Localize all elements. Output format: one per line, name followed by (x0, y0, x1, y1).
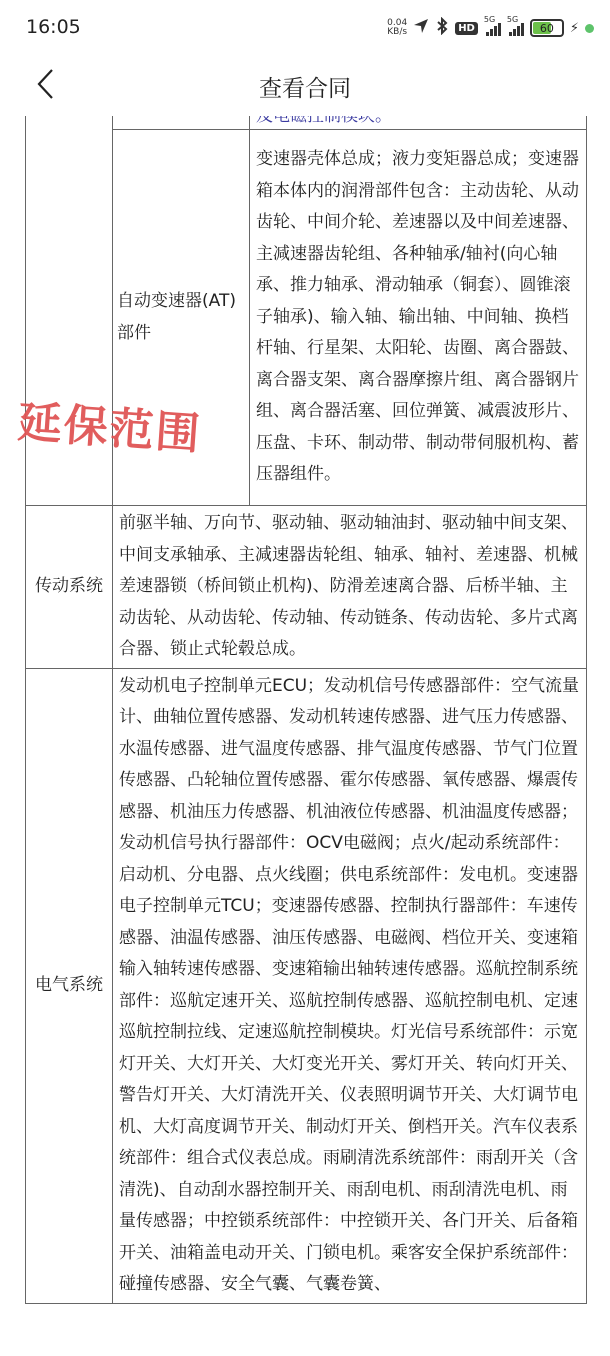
status-bar: 16:05 0.04 KB/s HD 5G 5G 60 ⚡ (0, 0, 610, 56)
table-row: 传动系统 前驱半轴、万向节、驱动轴、驱动轴油封、驱动轴中间支架、中间支承轴承、主… (26, 506, 587, 669)
page-title: 查看合同 (0, 70, 610, 103)
table-row: 及电磁控制模块。 (26, 116, 587, 130)
status-icons: 0.04 KB/s HD 5G 5G 60 ⚡ (387, 14, 594, 42)
nav-bar: 查看合同 (0, 56, 610, 116)
charging-icon: ⚡ (570, 21, 579, 36)
active-dot-icon (585, 24, 594, 33)
contract-viewer[interactable]: 及电磁控制模块。 自动变速器(AT)部件 变速器壳体总成；液力变矩器总成；变速器… (0, 116, 610, 1356)
description-cell: 发动机电子控制单元ECU；发动机信号传感器部件：空气流量计、曲轴位置传感器、发动… (113, 668, 587, 1303)
category-cell (26, 116, 113, 506)
bluetooth-icon (435, 17, 449, 39)
description-cell: 及电磁控制模块。 (250, 116, 587, 130)
subcategory-cell: 自动变速器(AT)部件 (113, 130, 250, 506)
coverage-table: 及电磁控制模块。 自动变速器(AT)部件 变速器壳体总成；液力变矩器总成；变速器… (25, 116, 587, 1304)
signal-5g-icon: 5G (507, 20, 524, 36)
category-cell: 电气系统 (26, 668, 113, 1303)
battery-level: 60 (540, 22, 554, 35)
battery-icon: 60 (530, 19, 564, 37)
table-row: 电气系统 发动机电子控制单元ECU；发动机信号传感器部件：空气流量计、曲轴位置传… (26, 668, 587, 1303)
subcategory-cell (113, 116, 250, 130)
network-speed: 0.04 KB/s (387, 19, 407, 37)
hd-voice-icon: HD (455, 22, 478, 35)
location-arrow-icon (413, 18, 429, 38)
description-cell: 变速器壳体总成；液力变矩器总成；变速器箱本体内的润滑部件包含：主动齿轮、从动齿轮… (250, 130, 587, 506)
signal-5g-icon: 5G (484, 20, 501, 36)
description-cell: 前驱半轴、万向节、驱动轴、驱动轴油封、驱动轴中间支架、中间支承轴承、主减速器齿轮… (113, 506, 587, 669)
category-cell: 传动系统 (26, 506, 113, 669)
clock: 16:05 (26, 16, 81, 38)
net-speed-unit: KB/s (387, 28, 407, 37)
